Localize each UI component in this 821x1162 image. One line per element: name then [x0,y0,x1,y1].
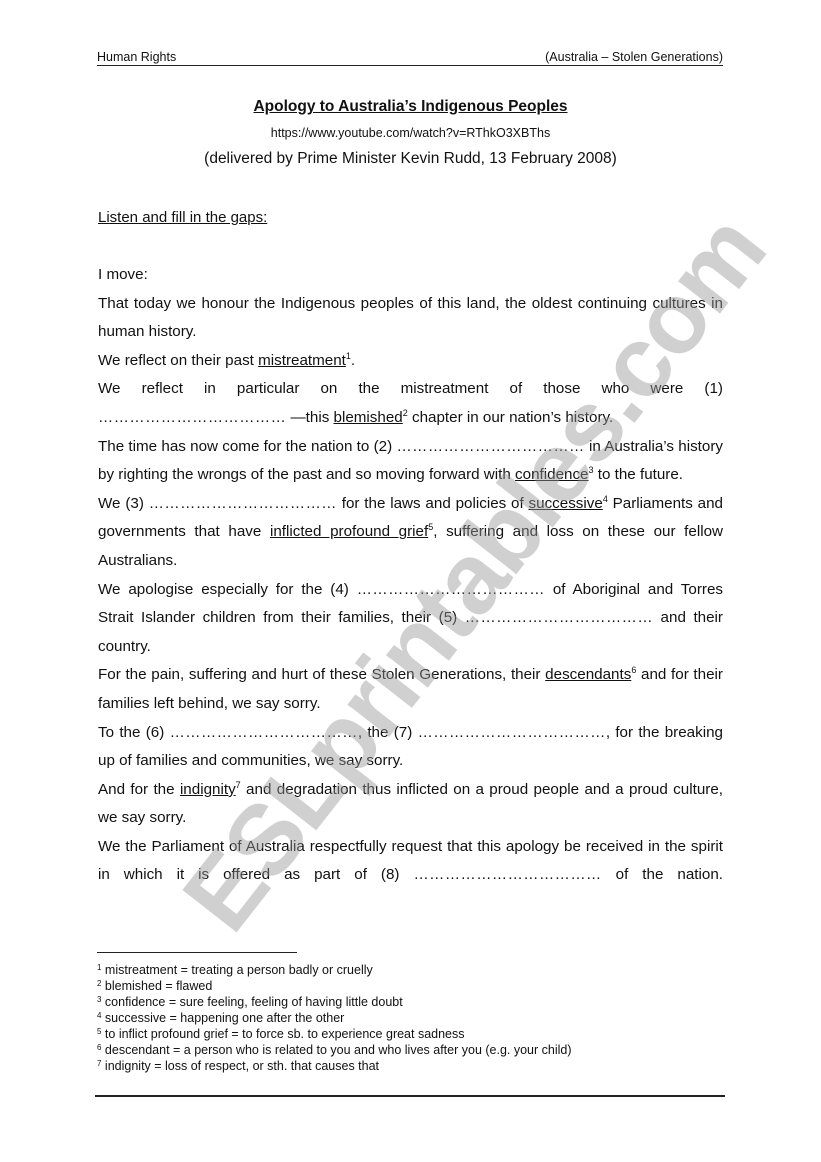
text: The time has now come for the nation to … [98,438,396,455]
footnote-text: blemished = flawed [101,979,212,993]
text: . [351,352,355,369]
text: to the future. [594,466,684,483]
gap-2[interactable]: ……………………………… [396,438,584,455]
footnote-text: to inflict profound grief = to force sb.… [101,1027,464,1041]
gap-6[interactable]: ……………………………… [170,724,358,741]
paragraph: We the Parliament of Australia respectfu… [98,833,723,890]
footnote: 1 mistreatment = treating a person badly… [97,962,572,978]
paragraph: And for the indignity7 and degradation t… [98,776,723,833]
vocab-word: blemished [334,409,403,426]
header-topic: (Australia – Stolen Generations) [545,49,723,65]
vocab-word: mistreatment [258,352,346,369]
footnote-text: indignity = loss of respect, or sth. tha… [101,1059,379,1073]
worksheet-page: Human Rights (Australia – Stolen Generat… [0,0,821,1162]
text: We reflect in particular on the mistreat… [98,380,723,397]
vocab-word: indignity [180,781,236,798]
paragraph: We reflect on their past mistreatment1. [98,347,723,376]
paragraph: The time has now come for the nation to … [98,433,723,490]
footnote: 5 to inflict profound grief = to force s… [97,1026,572,1042]
gap-1[interactable]: ……………………………… [98,409,286,426]
exercise-instruction: Listen and fill in the gaps: [98,209,267,226]
text: For the pain, suffering and hurt of thes… [98,666,545,683]
gap-fill-text: I move: That today we honour the Indigen… [98,261,723,890]
footnote-text: descendant = a person who is related to … [101,1043,571,1057]
gap-7[interactable]: ……………………………… [418,724,606,741]
document-title: Apology to Australia’s Indigenous People… [0,98,821,116]
text: —this [286,409,333,426]
paragraph: We (3) ……………………………… for the laws and pol… [98,490,723,576]
text: We reflect on their past [98,352,258,369]
paragraph: That today we honour the Indigenous peop… [98,290,723,347]
paragraph: To the (6) ………………………………, the (7) …………………… [98,719,723,776]
gap-8[interactable]: ……………………………… [413,866,601,883]
footnote-text: successive = happening one after the oth… [101,1011,344,1025]
footnote: 3 confidence = sure feeling, feeling of … [97,994,572,1010]
text: chapter in our nation’s history. [408,409,613,426]
page-header: Human Rights (Australia – Stolen Generat… [97,49,723,66]
text: And for the [98,781,180,798]
page-bottom-rule [95,1095,725,1097]
vocab-word: descendants [545,666,631,683]
header-subject: Human Rights [97,49,176,65]
gap-4[interactable]: ……………………………… [357,581,545,598]
paragraph: We apologise especially for the (4) …………… [98,576,723,662]
text: We apologise especially for the (4) [98,581,357,598]
paragraph: I move: [98,261,723,290]
text: We (3) [98,495,149,512]
vocab-word: confidence [515,466,588,483]
paragraph: We reflect in particular on the mistreat… [98,375,723,432]
text: To the (6) [98,724,170,741]
footnote-separator [97,952,297,953]
footnote: 7 indignity = loss of respect, or sth. t… [97,1058,572,1074]
delivery-note: (delivered by Prime Minister Kevin Rudd,… [0,150,821,168]
vocab-word: inflicted profound grief [270,523,428,540]
paragraph: For the pain, suffering and hurt of thes… [98,661,723,718]
footnotes: 1 mistreatment = treating a person badly… [97,962,572,1074]
vocab-word: successive [529,495,603,512]
footnote: 6 descendant = a person who is related t… [97,1042,572,1058]
gap-5[interactable]: ……………………………… [465,609,653,626]
footnote-text: mistreatment = treating a person badly o… [101,963,372,977]
text: That today we honour the Indigenous peop… [98,295,723,341]
video-url: https://www.youtube.com/watch?v=RThkO3XB… [0,126,821,140]
text: , the (7) [358,724,418,741]
footnote: 2 blemished = flawed [97,978,572,994]
text: I move: [98,266,148,283]
footnote-text: confidence = sure feeling, feeling of ha… [101,995,402,1009]
text: of the nation. [602,866,723,883]
text: for the laws and policies of [337,495,529,512]
gap-3[interactable]: ……………………………… [149,495,337,512]
footnote: 4 successive = happening one after the o… [97,1010,572,1026]
